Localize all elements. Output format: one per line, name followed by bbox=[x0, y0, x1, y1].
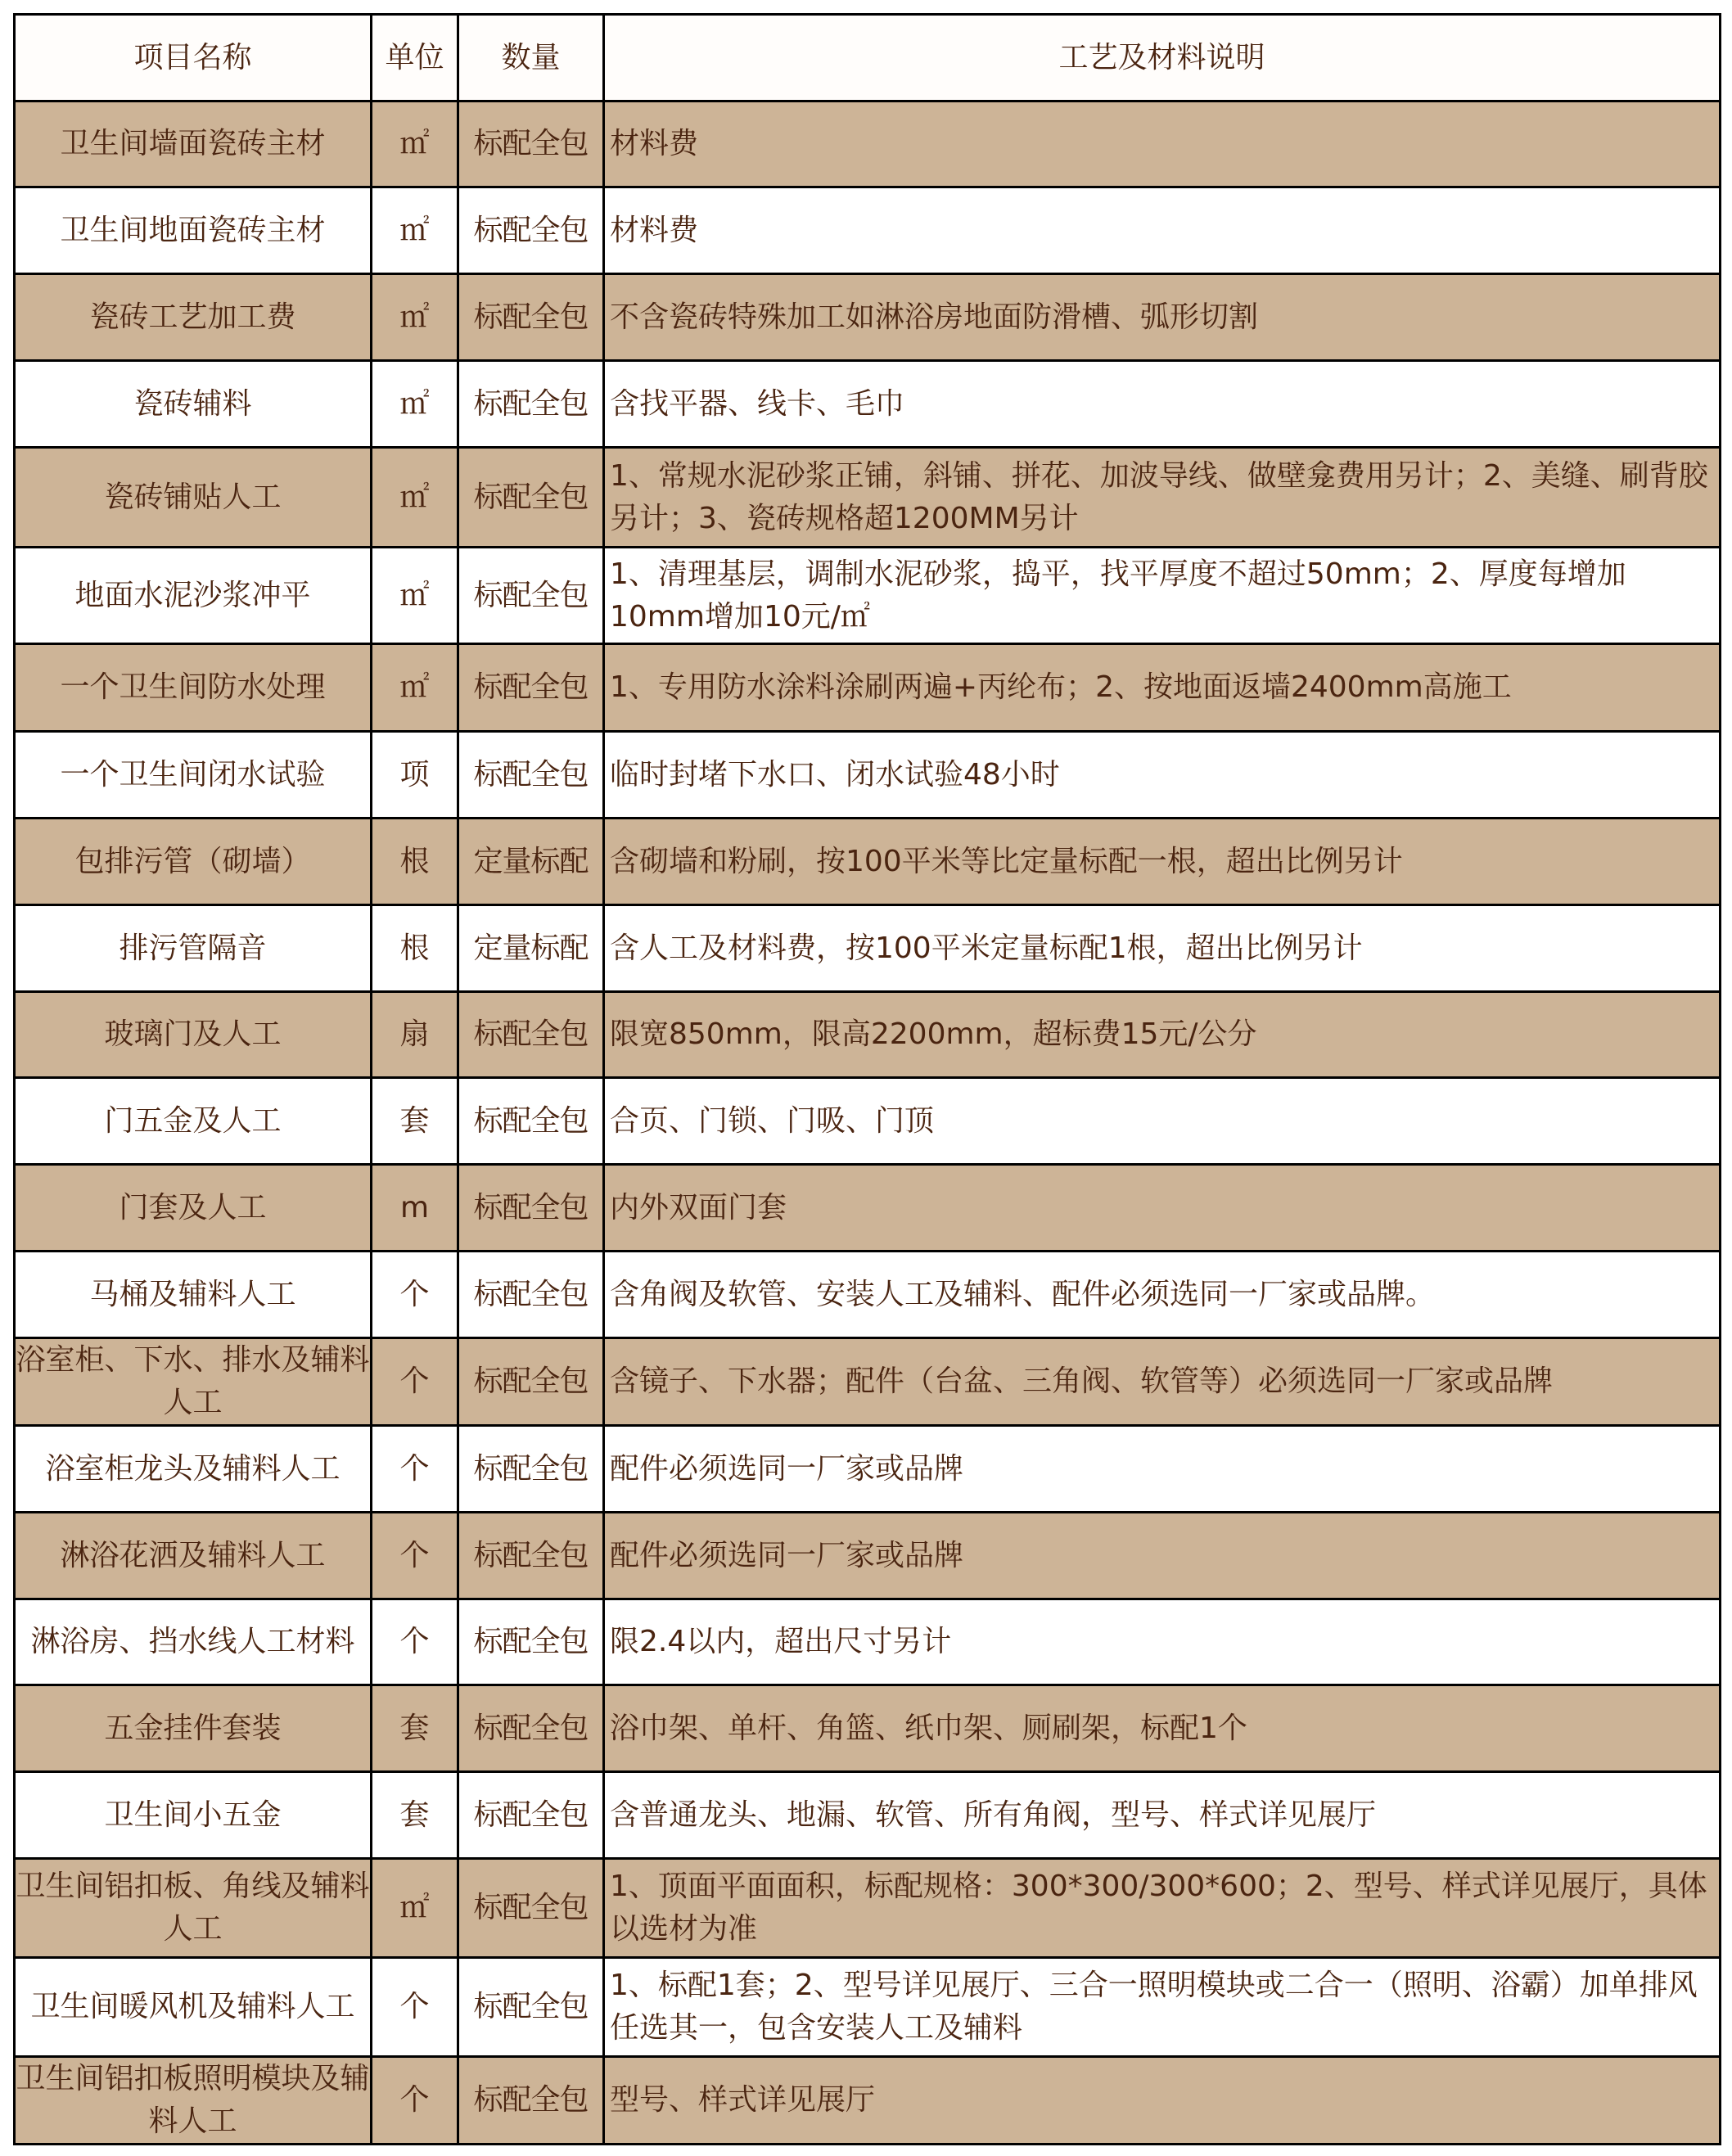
table-row: 浴室柜、下水、排水及辅料人工个标配全包含镜子、下水器；配件（台盆、三角阀、软管等… bbox=[15, 1338, 1721, 1426]
table-row: 门套及人工m标配全包内外双面门套 bbox=[15, 1165, 1721, 1252]
item-name-cell: 卫生间地面瓷砖主材 bbox=[15, 187, 372, 274]
header-item-name: 项目名称 bbox=[15, 15, 372, 101]
quantity-cell: 标配全包 bbox=[458, 992, 604, 1078]
table-row: 一个卫生间闭水试验项标配全包临时封堵下水口、闭水试验48小时 bbox=[15, 732, 1721, 819]
description-cell: 1、专用防水涂料涂刷两遍+丙纶布；2、按地面返墙2400mm高施工 bbox=[604, 644, 1721, 732]
unit-cell: 套 bbox=[372, 1078, 458, 1165]
description-cell: 限2.4以内，超出尺寸另计 bbox=[604, 1599, 1721, 1685]
quantity-cell: 标配全包 bbox=[458, 1772, 604, 1859]
item-name-cell: 卫生间铝扣板照明模块及辅料人工 bbox=[15, 2057, 372, 2145]
item-name-cell: 门五金及人工 bbox=[15, 1078, 372, 1165]
item-name-cell: 瓷砖辅料 bbox=[15, 361, 372, 448]
description-cell: 配件必须选同一厂家或品牌 bbox=[604, 1513, 1721, 1599]
description-cell: 材料费 bbox=[604, 101, 1721, 187]
item-name-cell: 卫生间墙面瓷砖主材 bbox=[15, 101, 372, 187]
unit-cell: 个 bbox=[372, 2057, 458, 2145]
unit-cell: 个 bbox=[372, 1513, 458, 1599]
description-cell: 含找平器、线卡、毛巾 bbox=[604, 361, 1721, 448]
unit-cell: 套 bbox=[372, 1685, 458, 1772]
unit-cell: 项 bbox=[372, 732, 458, 819]
header-row: 项目名称 单位 数量 工艺及材料说明 bbox=[15, 15, 1721, 101]
unit-cell: 扇 bbox=[372, 992, 458, 1078]
unit-cell: ㎡ bbox=[372, 274, 458, 361]
unit-cell: 个 bbox=[372, 1426, 458, 1513]
item-name-cell: 淋浴花洒及辅料人工 bbox=[15, 1513, 372, 1599]
quantity-cell: 标配全包 bbox=[458, 1599, 604, 1685]
quantity-cell: 标配全包 bbox=[458, 1958, 604, 2057]
item-name-cell: 一个卫生间防水处理 bbox=[15, 644, 372, 732]
item-name-cell: 一个卫生间闭水试验 bbox=[15, 732, 372, 819]
table-row: 一个卫生间防水处理㎡标配全包1、专用防水涂料涂刷两遍+丙纶布；2、按地面返墙24… bbox=[15, 644, 1721, 732]
table-row: 瓷砖铺贴人工㎡标配全包1、常规水泥砂浆正铺，斜铺、拼花、加波导线、做壁龛费用另计… bbox=[15, 448, 1721, 548]
description-cell: 配件必须选同一厂家或品牌 bbox=[604, 1426, 1721, 1513]
header-description: 工艺及材料说明 bbox=[604, 15, 1721, 101]
quantity-cell: 标配全包 bbox=[458, 1165, 604, 1252]
description-cell: 含人工及材料费，按100平米定量标配1根，超出比例另计 bbox=[604, 905, 1721, 992]
quantity-cell: 标配全包 bbox=[458, 187, 604, 274]
table-row: 淋浴花洒及辅料人工个标配全包配件必须选同一厂家或品牌 bbox=[15, 1513, 1721, 1599]
item-name-cell: 浴室柜龙头及辅料人工 bbox=[15, 1426, 372, 1513]
pricing-table: 项目名称 单位 数量 工艺及材料说明 卫生间墙面瓷砖主材㎡标配全包材料费卫生间地… bbox=[13, 13, 1721, 2145]
table-row: 包排污管（砌墙）根定量标配含砌墙和粉刷，按100平米等比定量标配一根，超出比例另… bbox=[15, 819, 1721, 905]
table-row: 排污管隔音根定量标配含人工及材料费，按100平米定量标配1根，超出比例另计 bbox=[15, 905, 1721, 992]
table-row: 地面水泥沙浆冲平㎡标配全包1、清理基层，调制水泥砂浆，捣平，找平厚度不超过50m… bbox=[15, 548, 1721, 644]
quantity-cell: 定量标配 bbox=[458, 819, 604, 905]
table-row: 卫生间小五金套标配全包含普通龙头、地漏、软管、所有角阀，型号、样式详见展厅 bbox=[15, 1772, 1721, 1859]
table-row: 浴室柜龙头及辅料人工个标配全包配件必须选同一厂家或品牌 bbox=[15, 1426, 1721, 1513]
description-cell: 1、标配1套；2、型号详见展厅、三合一照明模块或二合一（照明、浴霸）加单排风任选… bbox=[604, 1958, 1721, 2057]
unit-cell: ㎡ bbox=[372, 644, 458, 732]
quantity-cell: 标配全包 bbox=[458, 1426, 604, 1513]
description-cell: 1、清理基层，调制水泥砂浆，捣平，找平厚度不超过50mm；2、厚度每增加10mm… bbox=[604, 548, 1721, 644]
quantity-cell: 标配全包 bbox=[458, 1338, 604, 1426]
header-unit: 单位 bbox=[372, 15, 458, 101]
quantity-cell: 标配全包 bbox=[458, 2057, 604, 2145]
table-row: 卫生间铝扣板、角线及辅料人工㎡标配全包1、顶面平面面积，标配规格：300*300… bbox=[15, 1859, 1721, 1958]
unit-cell: 个 bbox=[372, 1958, 458, 2057]
table-row: 马桶及辅料人工个标配全包含角阀及软管、安装人工及辅料、配件必须选同一厂家或品牌。 bbox=[15, 1252, 1721, 1338]
table-row: 卫生间铝扣板照明模块及辅料人工个标配全包型号、样式详见展厅 bbox=[15, 2057, 1721, 2145]
description-cell: 型号、样式详见展厅 bbox=[604, 2057, 1721, 2145]
description-cell: 合页、门锁、门吸、门顶 bbox=[604, 1078, 1721, 1165]
item-name-cell: 五金挂件套装 bbox=[15, 1685, 372, 1772]
table-row: 五金挂件套装套标配全包浴巾架、单杆、角篮、纸巾架、厕刷架，标配1个 bbox=[15, 1685, 1721, 1772]
description-cell: 1、顶面平面面积，标配规格：300*300/300*600；2、型号、样式详见展… bbox=[604, 1859, 1721, 1958]
description-cell: 含镜子、下水器；配件（台盆、三角阀、软管等）必须选同一厂家或品牌 bbox=[604, 1338, 1721, 1426]
description-cell: 含角阀及软管、安装人工及辅料、配件必须选同一厂家或品牌。 bbox=[604, 1252, 1721, 1338]
item-name-cell: 淋浴房、挡水线人工材料 bbox=[15, 1599, 372, 1685]
item-name-cell: 马桶及辅料人工 bbox=[15, 1252, 372, 1338]
header-quantity: 数量 bbox=[458, 15, 604, 101]
item-name-cell: 浴室柜、下水、排水及辅料人工 bbox=[15, 1338, 372, 1426]
quantity-cell: 标配全包 bbox=[458, 101, 604, 187]
quantity-cell: 标配全包 bbox=[458, 1859, 604, 1958]
quantity-cell: 标配全包 bbox=[458, 732, 604, 819]
unit-cell: 套 bbox=[372, 1772, 458, 1859]
unit-cell: 根 bbox=[372, 905, 458, 992]
description-cell: 材料费 bbox=[604, 187, 1721, 274]
table-header: 项目名称 单位 数量 工艺及材料说明 bbox=[15, 15, 1721, 101]
table-row: 卫生间暖风机及辅料人工个标配全包1、标配1套；2、型号详见展厅、三合一照明模块或… bbox=[15, 1958, 1721, 2057]
table-row: 瓷砖辅料㎡标配全包含找平器、线卡、毛巾 bbox=[15, 361, 1721, 448]
description-cell: 1、常规水泥砂浆正铺，斜铺、拼花、加波导线、做壁龛费用另计；2、美缝、刷背胶另计… bbox=[604, 448, 1721, 548]
unit-cell: m bbox=[372, 1165, 458, 1252]
quantity-cell: 标配全包 bbox=[458, 644, 604, 732]
quantity-cell: 标配全包 bbox=[458, 448, 604, 548]
quantity-cell: 标配全包 bbox=[458, 1513, 604, 1599]
table-row: 门五金及人工套标配全包合页、门锁、门吸、门顶 bbox=[15, 1078, 1721, 1165]
item-name-cell: 门套及人工 bbox=[15, 1165, 372, 1252]
table-row: 淋浴房、挡水线人工材料个标配全包限2.4以内，超出尺寸另计 bbox=[15, 1599, 1721, 1685]
quantity-cell: 标配全包 bbox=[458, 1252, 604, 1338]
table-row: 卫生间地面瓷砖主材㎡标配全包材料费 bbox=[15, 187, 1721, 274]
unit-cell: 根 bbox=[372, 819, 458, 905]
item-name-cell: 瓷砖铺贴人工 bbox=[15, 448, 372, 548]
item-name-cell: 卫生间铝扣板、角线及辅料人工 bbox=[15, 1859, 372, 1958]
item-name-cell: 包排污管（砌墙） bbox=[15, 819, 372, 905]
description-cell: 含砌墙和粉刷，按100平米等比定量标配一根，超出比例另计 bbox=[604, 819, 1721, 905]
item-name-cell: 排污管隔音 bbox=[15, 905, 372, 992]
description-cell: 内外双面门套 bbox=[604, 1165, 1721, 1252]
unit-cell: 个 bbox=[372, 1599, 458, 1685]
quantity-cell: 定量标配 bbox=[458, 905, 604, 992]
table-body: 卫生间墙面瓷砖主材㎡标配全包材料费卫生间地面瓷砖主材㎡标配全包材料费瓷砖工艺加工… bbox=[15, 101, 1721, 2145]
description-cell: 限宽850mm，限高2200mm，超标费15元/公分 bbox=[604, 992, 1721, 1078]
unit-cell: 个 bbox=[372, 1252, 458, 1338]
item-name-cell: 瓷砖工艺加工费 bbox=[15, 274, 372, 361]
quantity-cell: 标配全包 bbox=[458, 274, 604, 361]
description-cell: 含普通龙头、地漏、软管、所有角阀，型号、样式详见展厅 bbox=[604, 1772, 1721, 1859]
unit-cell: ㎡ bbox=[372, 361, 458, 448]
unit-cell: ㎡ bbox=[372, 448, 458, 548]
quantity-cell: 标配全包 bbox=[458, 1685, 604, 1772]
table-row: 卫生间墙面瓷砖主材㎡标配全包材料费 bbox=[15, 101, 1721, 187]
item-name-cell: 卫生间小五金 bbox=[15, 1772, 372, 1859]
item-name-cell: 卫生间暖风机及辅料人工 bbox=[15, 1958, 372, 2057]
description-cell: 浴巾架、单杆、角篮、纸巾架、厕刷架，标配1个 bbox=[604, 1685, 1721, 1772]
item-name-cell: 地面水泥沙浆冲平 bbox=[15, 548, 372, 644]
description-cell: 临时封堵下水口、闭水试验48小时 bbox=[604, 732, 1721, 819]
table-row: 玻璃门及人工扇标配全包限宽850mm，限高2200mm，超标费15元/公分 bbox=[15, 992, 1721, 1078]
item-name-cell: 玻璃门及人工 bbox=[15, 992, 372, 1078]
unit-cell: 个 bbox=[372, 1338, 458, 1426]
unit-cell: ㎡ bbox=[372, 187, 458, 274]
quantity-cell: 标配全包 bbox=[458, 361, 604, 448]
unit-cell: ㎡ bbox=[372, 101, 458, 187]
quantity-cell: 标配全包 bbox=[458, 1078, 604, 1165]
unit-cell: ㎡ bbox=[372, 548, 458, 644]
unit-cell: ㎡ bbox=[372, 1859, 458, 1958]
quantity-cell: 标配全包 bbox=[458, 548, 604, 644]
description-cell: 不含瓷砖特殊加工如淋浴房地面防滑槽、弧形切割 bbox=[604, 274, 1721, 361]
table-row: 瓷砖工艺加工费㎡标配全包不含瓷砖特殊加工如淋浴房地面防滑槽、弧形切割 bbox=[15, 274, 1721, 361]
